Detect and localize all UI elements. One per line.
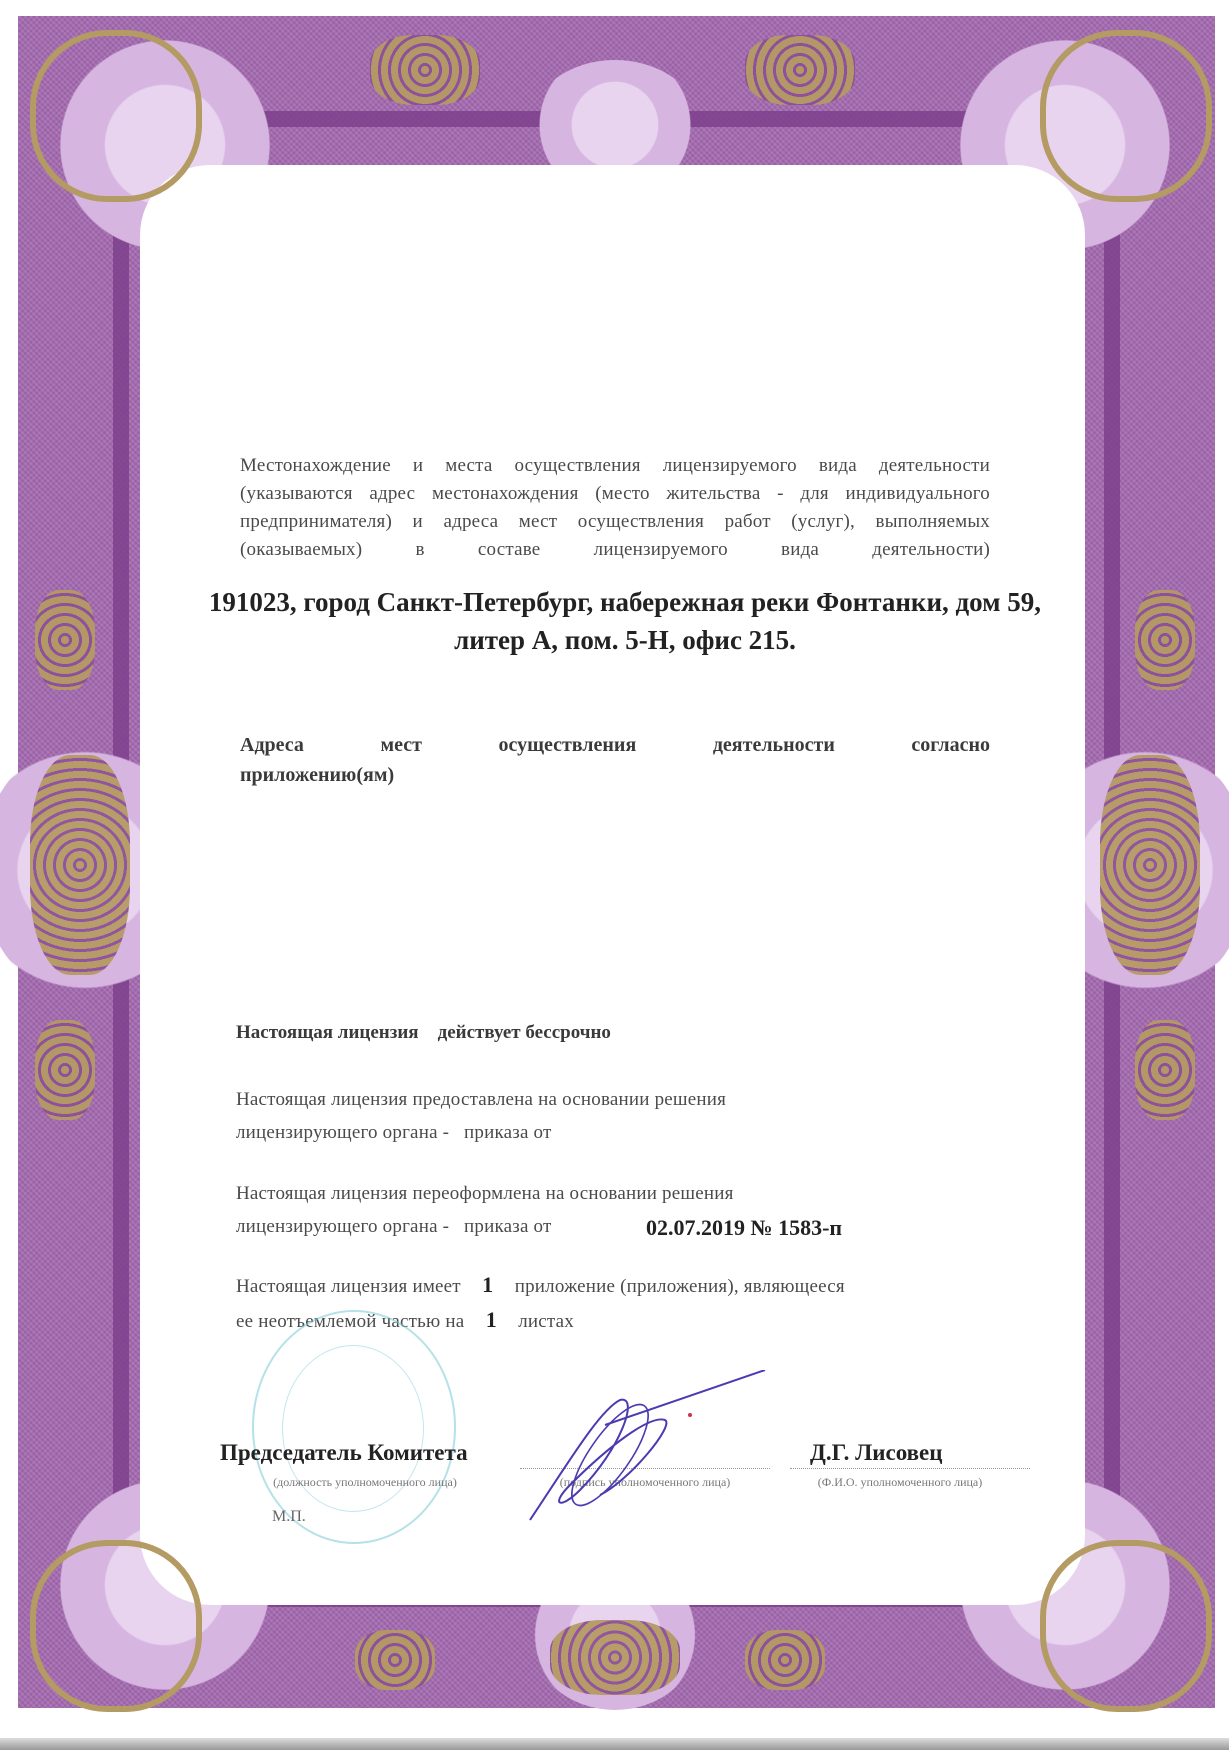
ornament-left-lower	[35, 1020, 95, 1120]
ornament-left-upper	[35, 590, 95, 690]
ornament-right-lower	[1135, 1020, 1195, 1120]
name-caption: (Ф.И.О. уполномоченного лица)	[790, 1475, 1010, 1490]
word: согласно	[911, 730, 990, 760]
celtic-knot-tl	[30, 30, 202, 202]
reissued-line-2: лицензирующего органа - приказа от	[236, 1210, 996, 1243]
ornament-top-left	[370, 35, 480, 105]
reissue-order-number: 02.07.2019 № 1583-п	[646, 1215, 842, 1241]
appendix-line-1: Настоящая лицензия имеет 1 приложение (п…	[236, 1268, 1036, 1303]
word: мест	[380, 730, 421, 760]
handwritten-signature	[510, 1370, 770, 1530]
ornament-bottom-right	[745, 1630, 825, 1690]
ornament-bottom-left	[355, 1630, 435, 1690]
celtic-knot-br	[1040, 1540, 1212, 1712]
validity-statement: Настоящая лицензия действует бессрочно	[236, 1022, 611, 1044]
granted-line-2: лицензирующего органа - приказа от	[236, 1116, 936, 1149]
sheets-suffix: листах	[518, 1311, 574, 1332]
address-block: 191023, город Санкт-Петербург, набережна…	[160, 583, 1090, 659]
granted-line-1: Настоящая лицензия предоставлена на осно…	[236, 1083, 936, 1116]
name-line	[790, 1468, 1030, 1469]
reissued-basis: Настоящая лицензия переоформлена на осно…	[236, 1177, 996, 1243]
reissued-line-1: Настоящая лицензия переоформлена на осно…	[236, 1177, 996, 1210]
sheets-count: 1	[469, 1303, 513, 1336]
ornament-right-upper	[1135, 590, 1195, 690]
word: осуществления	[498, 730, 636, 760]
appendix-count: 1	[466, 1268, 510, 1301]
location-heading: Местонахождение и места осуществления ли…	[240, 452, 990, 564]
activity-addresses: Адреса мест осуществления деятельности с…	[240, 730, 990, 790]
ornament-top-right	[745, 35, 855, 105]
word: Адреса	[240, 730, 304, 760]
signatory-position: Председатель Комитета	[220, 1440, 468, 1466]
celtic-knot-bl	[30, 1540, 202, 1712]
activity-addresses-line-2: приложению(ям)	[240, 760, 990, 790]
validity-label: Настоящая лицензия	[236, 1022, 419, 1043]
address-line-1: 191023, город Санкт-Петербург, набережна…	[160, 583, 1090, 621]
ornament-bottom-center	[550, 1620, 680, 1695]
activity-addresses-line-1: Адреса мест осуществления деятельности с…	[240, 730, 990, 760]
word: деятельности	[713, 730, 835, 760]
appendix-prefix: Настоящая лицензия имеет	[236, 1276, 461, 1297]
appendix-suffix: приложение (приложения), являющееся	[515, 1276, 845, 1297]
medallion-left	[30, 755, 130, 975]
seal-place-mark: М.П.	[272, 1508, 306, 1526]
position-caption: (должность уполномоченного лица)	[240, 1475, 490, 1490]
address-line-2: литер А, пом. 5-Н, офис 215.	[160, 621, 1090, 659]
scan-edge	[0, 1738, 1229, 1750]
validity-value: действует бессрочно	[438, 1022, 611, 1043]
medallion-right	[1100, 755, 1200, 975]
granted-basis: Настоящая лицензия предоставлена на осно…	[236, 1083, 936, 1149]
signatory-name: Д.Г. Лисовец	[810, 1440, 943, 1466]
celtic-knot-tr	[1040, 30, 1212, 202]
